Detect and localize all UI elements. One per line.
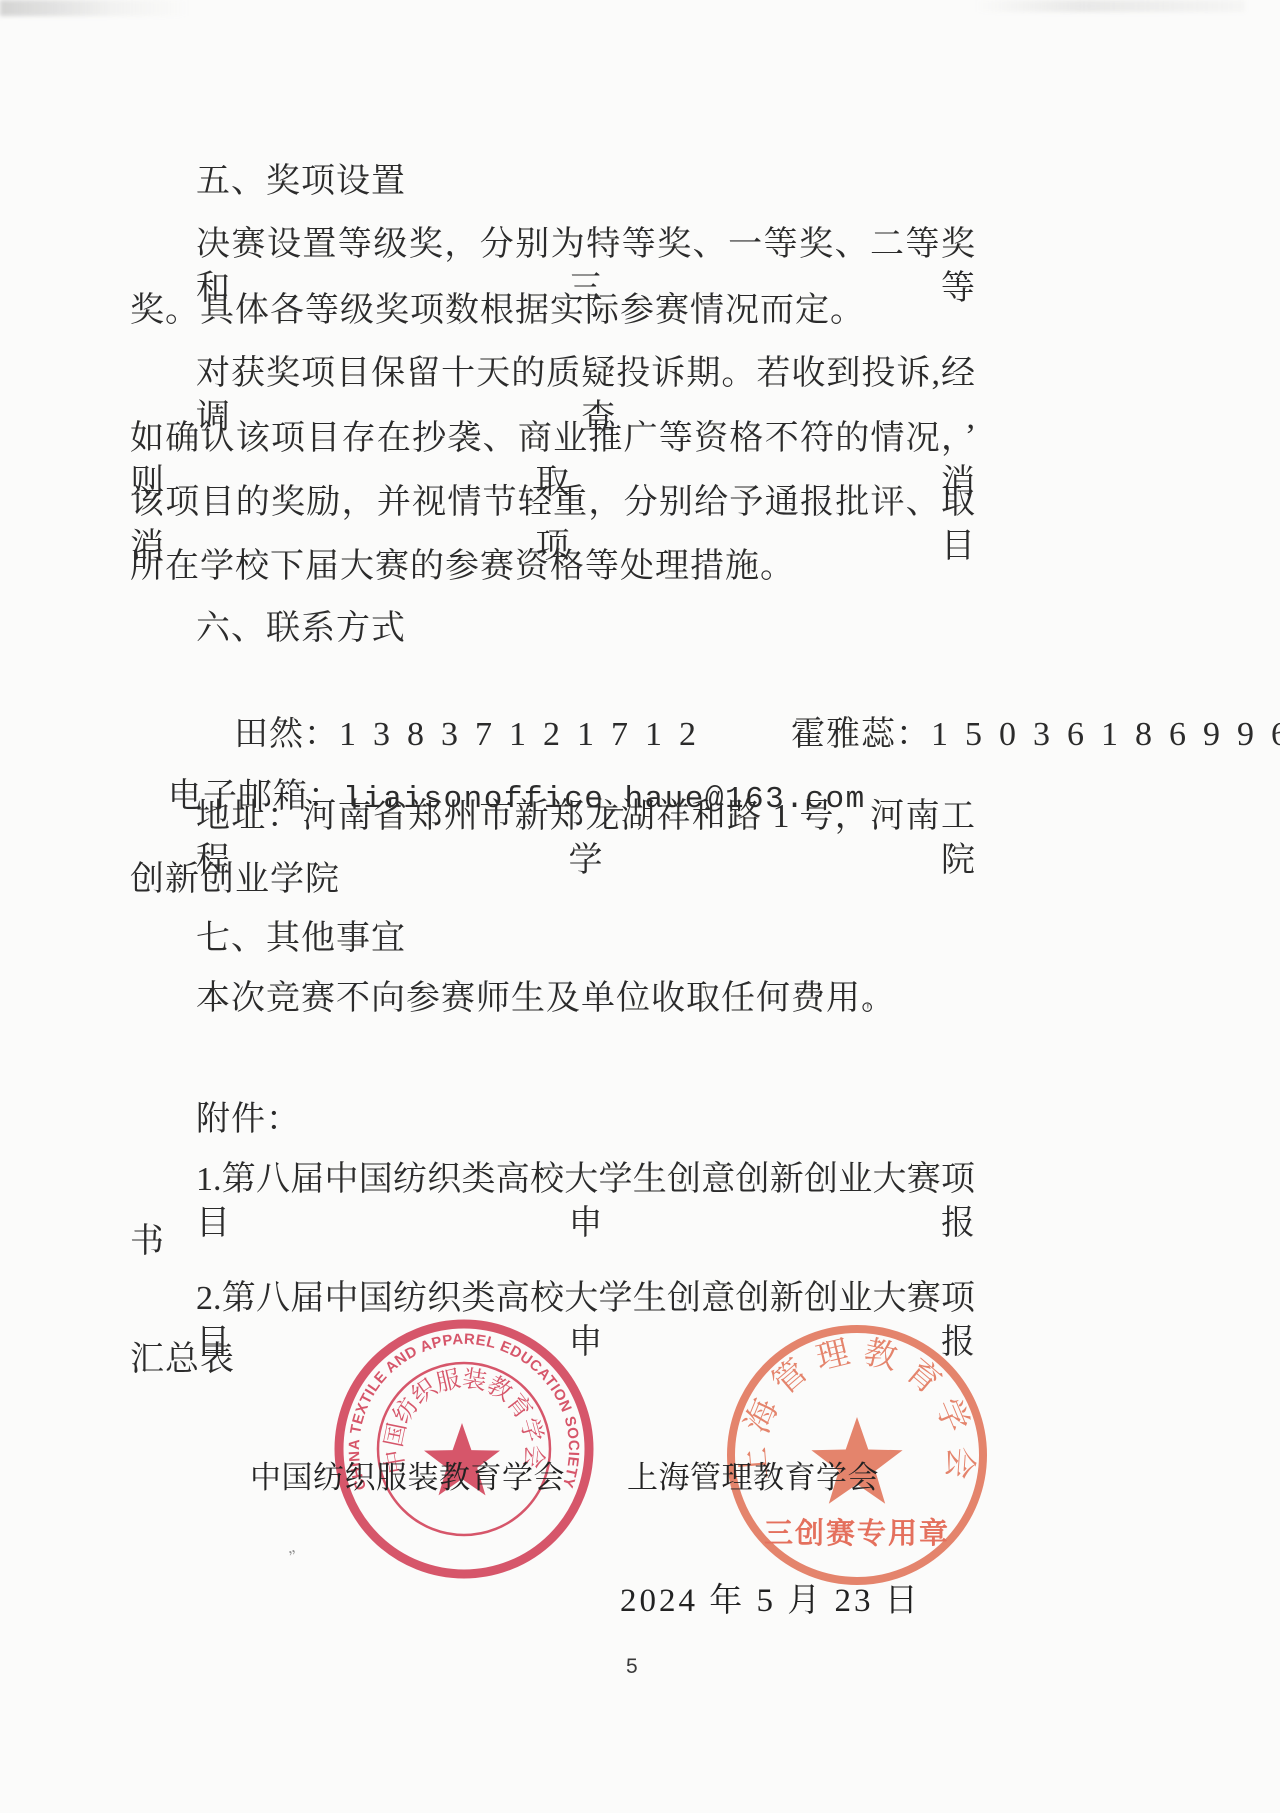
attachment1-line2: 书 [130,1220,165,1264]
contact-phone-2: 15036186996 [931,716,1280,753]
section5-heading: 五、奖项设置 [196,160,406,204]
address-line2: 创新创业学院 [130,858,340,902]
section6-heading: 六、联系方式 [196,607,406,651]
attachment1-line1: 1.第八届中国纺织类高校大学生创意创新创业大赛项目申报 [196,1158,975,1246]
signature-org-left: 中国纺织服装教育学会 [250,1452,565,1497]
complaint-paragraph-line4: 所在学校下届大赛的参赛资格等处理措施。 [130,545,795,589]
attachments-label: 附件： [196,1098,301,1142]
scan-smudge-top-right [975,0,1245,12]
other-paragraph-line1: 本次竞赛不向参赛师生及单位收取任何费用。 [196,977,896,1021]
awards-paragraph-line2: 奖。具体各等级奖项数根据实际参赛情况而定。 [130,289,865,333]
section7-heading: 七、其他事宜 [196,917,406,961]
page-number: 5 [626,1655,638,1679]
attachment2-line2: 汇总表 [130,1338,235,1382]
signature-org-right: 上海管理教育学会 [627,1452,879,1497]
stamp-banner-text: 三创赛专用章 [764,1516,950,1550]
scan-smudge-top-left [0,0,190,16]
document-page: 五、奖项设置 决赛设置等级奖，分别为特等奖、一等奖、二等奖和三等 奖。具体各等级… [0,0,1280,1813]
attachment2-line1: 2.第八届中国纺织类高校大学生创意创新创业大赛项目申报 [196,1277,975,1365]
signature-date: 2024 年 5 月 23 日 [620,1574,921,1621]
scan-artifact-mark: ” [287,1547,299,1566]
